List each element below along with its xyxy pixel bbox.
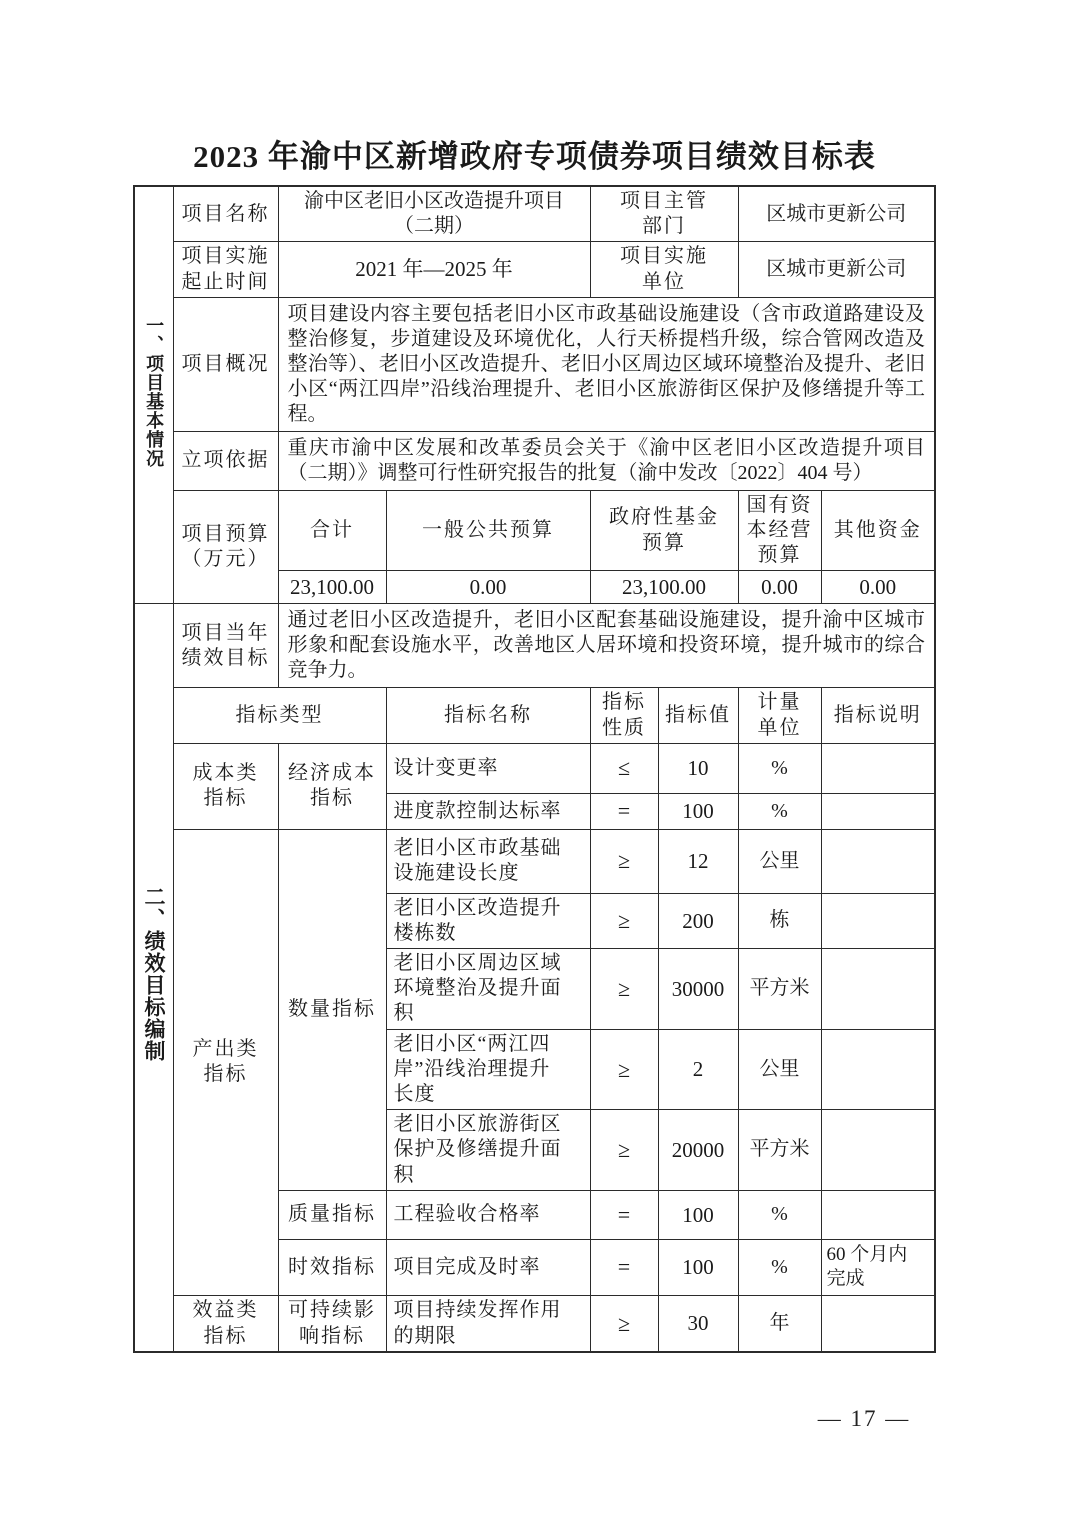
annual-goal-label: 项目当年 绩效目标: [173, 604, 278, 688]
indicator-note: [821, 1110, 935, 1191]
performance-target-table: 一、项目基本情况 项目名称 渝中区老旧小区改造提升项目 （二期） 项目主管 部门…: [133, 185, 936, 1353]
budget-value-general-public: 0.00: [386, 571, 590, 604]
indicator-name: 进度款控制达标率: [386, 793, 590, 829]
indicator-nature: ≥: [590, 893, 658, 948]
section-2-cell: 二、绩效目标编制: [134, 604, 173, 1352]
indicator-note: [821, 893, 935, 948]
document-title: 2023 年渝中区新增政府专项债券项目绩效目标表: [133, 131, 936, 176]
indicator-header-nature: 指标 性质: [590, 688, 658, 743]
indicator-header-name: 指标名称: [386, 688, 590, 743]
indicator-nature: ≥: [590, 829, 658, 893]
indicator-name: 老旧小区“两江四 岸”沿线治理提升 长度: [386, 1029, 590, 1110]
implementation-period-label: 项目实施 起止时间: [173, 242, 278, 297]
indicator-subcategory: 时效指标: [278, 1239, 386, 1295]
annual-goal-text: 通过老旧小区改造提升，老旧小区配套基础设施建设，提升渝中区城市形象和配套设施水平…: [278, 604, 935, 688]
indicator-note: 60 个月内 完成: [821, 1239, 935, 1295]
indicator-note: [821, 1190, 935, 1239]
budget-header-other-funds: 其他资金: [821, 490, 935, 571]
indicator-value: 100: [658, 793, 738, 829]
implementation-unit-value: 区城市更新公司: [738, 242, 935, 297]
indicator-nature: ≥: [590, 949, 658, 1030]
project-budget-label: 项目预算 （万元）: [173, 490, 278, 604]
indicator-value: 200: [658, 893, 738, 948]
indicator-name: 老旧小区旅游街区 保护及修缮提升面 积: [386, 1110, 590, 1191]
indicator-note: [821, 1295, 935, 1352]
indicator-unit: 栋: [738, 893, 821, 948]
budget-header-total: 合计: [278, 490, 386, 571]
indicator-unit: %: [738, 743, 821, 793]
indicator-unit: %: [738, 1239, 821, 1295]
indicator-nature: ≥: [590, 1110, 658, 1191]
indicator-subcategory: 经济成本 指标: [278, 743, 386, 829]
indicator-value: 2: [658, 1029, 738, 1110]
indicator-name: 设计变更率: [386, 743, 590, 793]
indicator-nature: =: [590, 1239, 658, 1295]
indicator-value: 12: [658, 829, 738, 893]
indicator-unit: %: [738, 793, 821, 829]
budget-header-general-public: 一般公共预算: [386, 490, 590, 571]
project-overview-text: 项目建设内容主要包括老旧小区市政基础设施建设（含市政道路建设及整治修复，步道建设…: [278, 297, 935, 431]
indicator-header-unit: 计量 单位: [738, 688, 821, 743]
approval-basis-label: 立项依据: [173, 431, 278, 490]
indicator-value: 10: [658, 743, 738, 793]
indicator-note: [821, 829, 935, 893]
indicator-header-value: 指标值: [658, 688, 738, 743]
supervisor-dept-value: 区城市更新公司: [738, 186, 935, 242]
project-name-value: 渝中区老旧小区改造提升项目 （二期）: [278, 186, 590, 242]
indicator-category: 效益类 指标: [173, 1295, 278, 1352]
indicator-unit: 公里: [738, 829, 821, 893]
supervisor-dept-label: 项目主管 部门: [590, 186, 738, 242]
indicator-nature: ≤: [590, 743, 658, 793]
indicator-note: [821, 949, 935, 1030]
indicator-unit: 年: [738, 1295, 821, 1352]
indicator-value: 30000: [658, 949, 738, 1030]
budget-header-state-capital: 国有资 本经营 预算: [738, 490, 821, 571]
indicator-value: 30: [658, 1295, 738, 1352]
indicator-category: 成本类 指标: [173, 743, 278, 829]
budget-value-state-capital: 0.00: [738, 571, 821, 604]
indicator-name: 老旧小区市政基础 设施建设长度: [386, 829, 590, 893]
document-page: 2023 年渝中区新增政府专项债券项目绩效目标表 一、项目基本情况 项目名称 渝…: [0, 0, 1074, 1520]
indicator-header-type: 指标类型: [173, 688, 386, 743]
budget-header-govt-fund: 政府性基金 预算: [590, 490, 738, 571]
indicator-unit: %: [738, 1190, 821, 1239]
indicator-note: [821, 1029, 935, 1110]
indicator-nature: ≥: [590, 1295, 658, 1352]
indicator-unit: 平方米: [738, 1110, 821, 1191]
indicator-value: 100: [658, 1239, 738, 1295]
budget-value-govt-fund: 23,100.00: [590, 571, 738, 604]
budget-value-other-funds: 0.00: [821, 571, 935, 604]
indicator-nature: =: [590, 793, 658, 829]
indicator-note: [821, 793, 935, 829]
indicator-nature: ≥: [590, 1029, 658, 1110]
indicator-name: 项目持续发挥作用 的期限: [386, 1295, 590, 1352]
page-number: — 17 —: [734, 1406, 994, 1432]
project-name-label: 项目名称: [173, 186, 278, 242]
indicator-subcategory: 可持续影 响指标: [278, 1295, 386, 1352]
indicator-unit: 平方米: [738, 949, 821, 1030]
indicator-category: 产出类 指标: [173, 829, 278, 1295]
implementation-period-value: 2021 年—2025 年: [278, 242, 590, 297]
indicator-name: 工程验收合格率: [386, 1190, 590, 1239]
indicator-subcategory: 质量指标: [278, 1190, 386, 1239]
indicator-header-note: 指标说明: [821, 688, 935, 743]
indicator-value: 20000: [658, 1110, 738, 1191]
indicator-note: [821, 743, 935, 793]
budget-value-total: 23,100.00: [278, 571, 386, 604]
implementation-unit-label: 项目实施 单位: [590, 242, 738, 297]
section-2-label: 二、绩效目标编制: [141, 886, 167, 1062]
section-1-cell: 一、项目基本情况: [134, 186, 173, 604]
indicator-subcategory: 数量指标: [278, 829, 386, 1190]
indicator-nature: =: [590, 1190, 658, 1239]
indicator-value: 100: [658, 1190, 738, 1239]
approval-basis-text: 重庆市渝中区发展和改革委员会关于《渝中区老旧小区改造提升项目（二期）》调整可行性…: [278, 431, 935, 490]
indicator-name: 项目完成及时率: [386, 1239, 590, 1295]
project-overview-label: 项目概况: [173, 297, 278, 431]
indicator-name: 老旧小区周边区域 环境整治及提升面 积: [386, 949, 590, 1030]
section-1-label: 一、项目基本情况: [142, 316, 165, 468]
indicator-unit: 公里: [738, 1029, 821, 1110]
indicator-name: 老旧小区改造提升 楼栋数: [386, 893, 590, 948]
